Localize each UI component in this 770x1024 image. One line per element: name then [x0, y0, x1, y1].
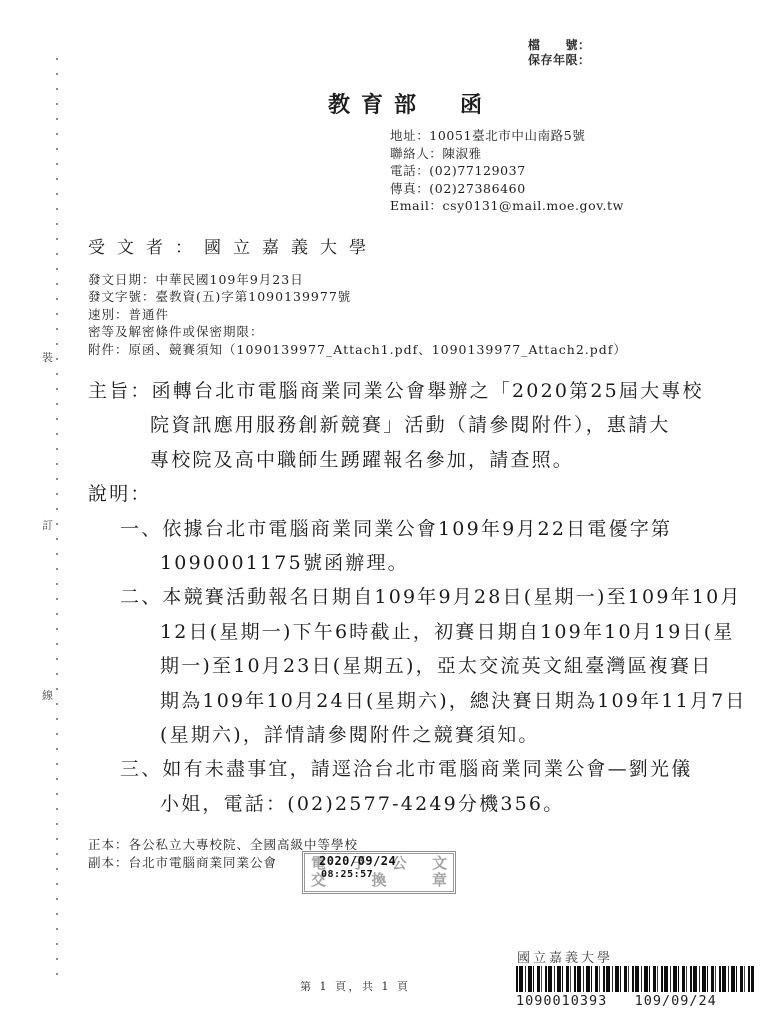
binding-mark-char: 訂 [42, 517, 53, 533]
body-line: 專校院及高中職師生踴躍報名參加，請查照。 [88, 443, 748, 477]
page-number-footer: 第 1 頁，共 1 頁 [300, 978, 410, 994]
body-line: 二、本競賽活動報名日期自109年9月28日(星期一)至109年10月 [88, 580, 748, 614]
body-line: 說明： [88, 477, 748, 511]
receipt-barcode [516, 966, 754, 992]
body-line: 期一)至10月23日(星期五)，亞太交流英文組臺灣區複賽日 [88, 649, 748, 683]
sender-phone: 電話：(02)77129037 [390, 162, 624, 180]
meta-line: 發文字號：臺教資(五)字第1090139977號 [88, 288, 627, 305]
electronic-exchange-stamp: 電子公文 交換章 2020/09/24 08:25:57 [302, 851, 456, 894]
body-line: 期為109年10月24日(星期六)，總決賽日期為109年11月7日 [88, 684, 748, 718]
recipient-line: 受文者：國立嘉義大學 [88, 233, 378, 258]
binding-dotted-line [56, 58, 58, 980]
body-line: 三、如有未盡事宜，請逕洽台北市電腦商業同業公會—劉光儀 [88, 752, 748, 786]
stamp-time: 08:25:57 [321, 869, 396, 880]
sender-contact-block: 地址：10051臺北市中山南路5號 聯絡人：陳淑雅 電話：(02)7712903… [390, 127, 624, 215]
binding-mark-char: 裝 [42, 349, 53, 365]
body-line: 主旨：函轉台北市電腦商業同業公會舉辦之「2020第25屆大專校 [88, 374, 748, 408]
sender-contact: 聯絡人：陳淑雅 [390, 145, 624, 163]
sender-address: 地址：10051臺北市中山南路5號 [390, 127, 624, 145]
document-title: 教育部 函 [328, 88, 493, 119]
receipt-barcode-text: 1090010393 109/09/24 [516, 993, 717, 1009]
receiving-university-name: 國立嘉義大學 [517, 947, 613, 966]
file-number-block: 檔 號： 保存年限： [528, 38, 591, 67]
body-line: 院資訊應用服務創新競賽」活動（請參閱附件），惠請大 [88, 408, 748, 442]
stamp-date: 2020/09/24 [319, 856, 396, 867]
body-line: 1090001175號函辦理。 [88, 546, 748, 580]
binding-mark-char: 線 [42, 687, 53, 703]
stamp-datetime-overlay: 2020/09/24 08:25:57 [319, 856, 396, 880]
meta-line: 附件：原函、競賽須知（1090139977_Attach1.pdf、109013… [88, 341, 627, 358]
body-line: (星期六)，詳情請參閱附件之競賽須知。 [88, 718, 748, 752]
body-line: 小姐，電話：(02)2577-4249分機356。 [88, 787, 748, 821]
file-no-label: 檔 號： [528, 38, 591, 53]
sender-fax: 傳真：(02)27386460 [390, 180, 624, 198]
body-line: 一、依據台北市電腦商業同業公會109年9月22日電優字第 [88, 512, 748, 546]
meta-line: 密等及解密條件或保密期限： [88, 323, 627, 340]
stamp-char: 章 [432, 872, 447, 889]
document-meta-block: 發文日期：中華民國109年9月23日發文字號：臺教資(五)字第109013997… [88, 271, 627, 358]
document-body: 主旨：函轉台北市電腦商業同業公會舉辦之「2020第25屆大專校院資訊應用服務創新… [88, 374, 748, 821]
stamp-char: 文 [432, 855, 447, 872]
sender-email: Email：csy0131@mail.moe.gov.tw [390, 197, 624, 215]
meta-line: 速別：普通件 [88, 306, 627, 323]
document-page: 裝訂線 檔 號： 保存年限： 教育部 函 地址：10051臺北市中山南路5號 聯… [0, 0, 770, 1024]
retention-label: 保存年限： [528, 53, 591, 68]
body-line: 12日(星期一)下午6時截止，初賽日期自109年10月19日(星 [88, 615, 748, 649]
meta-line: 發文日期：中華民國109年9月23日 [88, 271, 627, 288]
